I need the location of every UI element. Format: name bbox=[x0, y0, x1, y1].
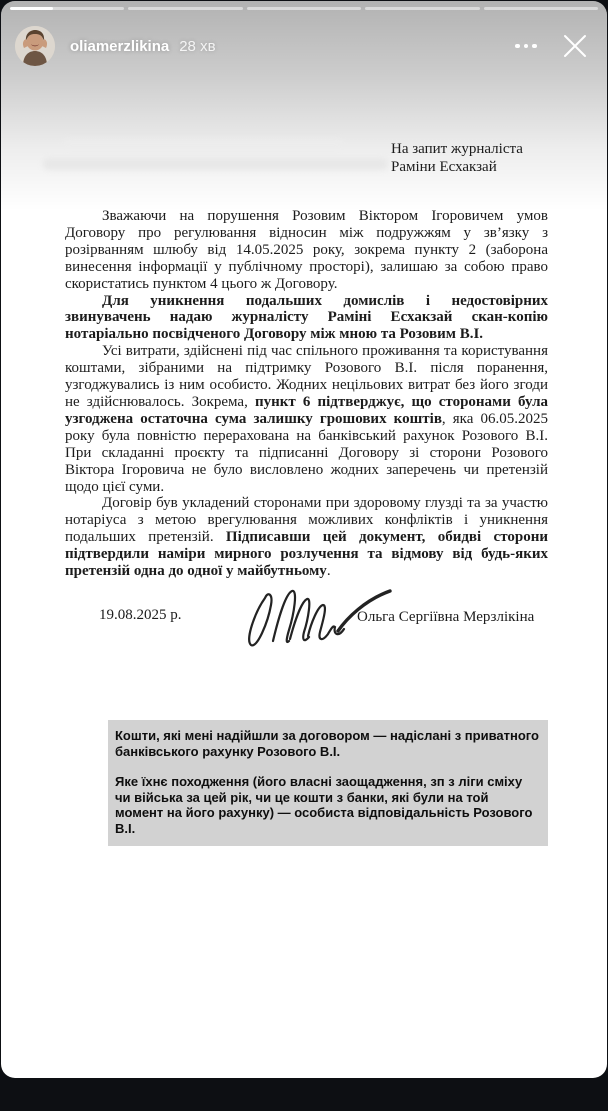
document-paragraph: Усі витрати, здійснені під час спільного… bbox=[65, 343, 548, 495]
progress-segment bbox=[10, 7, 124, 10]
progress-segment bbox=[484, 7, 598, 10]
avatar-image bbox=[15, 26, 55, 66]
progress-segment bbox=[365, 7, 479, 10]
caption-paragraph: Кошти, які мені надійшли за договором — … bbox=[115, 728, 539, 759]
signatory-name: Ольга Сергіївна Мерзлікіна bbox=[357, 609, 534, 626]
story-header: oliamerzlikina 28 хв bbox=[1, 23, 607, 69]
story-progress bbox=[10, 7, 598, 10]
close-icon bbox=[561, 32, 589, 60]
document-recipient: На запит журналіста Раміни Есхакзай bbox=[391, 141, 548, 176]
recipient-line: Раміни Есхакзай bbox=[391, 159, 548, 177]
story-card: oliamerzlikina 28 хв На запит журналіста… bbox=[1, 1, 607, 1078]
username[interactable]: oliamerzlikina bbox=[70, 38, 169, 55]
recipient-line: На запит журналіста bbox=[391, 141, 548, 159]
ellipsis-icon bbox=[515, 44, 520, 49]
story-timestamp: 28 хв bbox=[179, 38, 215, 55]
document-paragraph: Договір був укладений сторонами при здор… bbox=[65, 495, 548, 580]
avatar[interactable] bbox=[15, 26, 55, 66]
document-date: 19.08.2025 р. bbox=[99, 607, 182, 624]
document-paragraph: Для уникнення подальших домислів і недос… bbox=[65, 293, 548, 344]
more-options-button[interactable] bbox=[509, 29, 543, 63]
caption-paragraph: Яке їхнє походження (його власні заощадж… bbox=[115, 774, 539, 836]
progress-segment bbox=[247, 7, 361, 10]
document-page: На запит журналіста Раміни Есхакзай Зваж… bbox=[65, 141, 548, 580]
document-body: Зважаючи на порушення Розовим Віктором І… bbox=[65, 208, 548, 580]
progress-segment bbox=[128, 7, 242, 10]
caption-sticker: Кошти, які мені надійшли за договором — … bbox=[108, 720, 548, 846]
document-paragraph: Зважаючи на порушення Розовим Віктором І… bbox=[65, 208, 548, 293]
close-button[interactable] bbox=[557, 28, 593, 64]
